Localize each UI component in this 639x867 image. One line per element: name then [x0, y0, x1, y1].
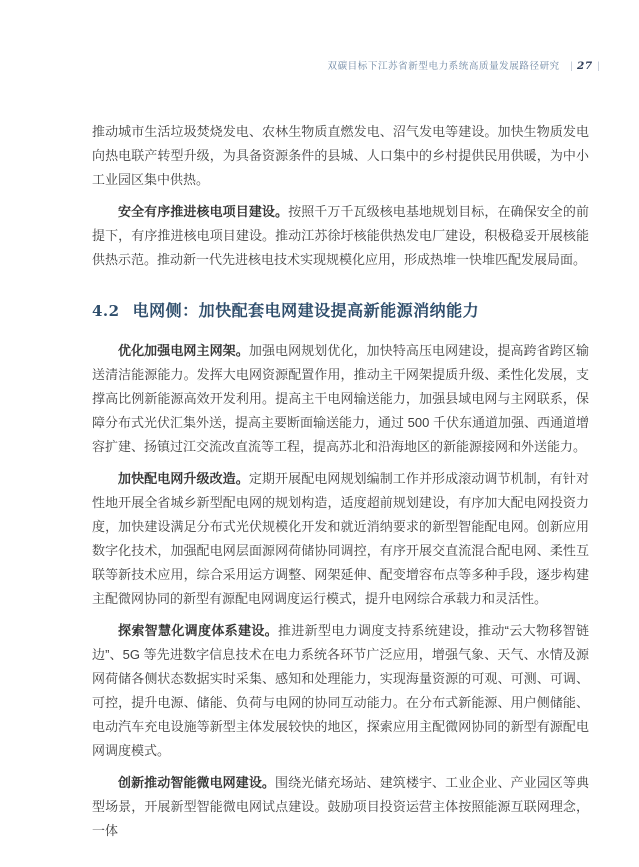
- section-title: 电网侧：加快配套电网建设提高新能源消纳能力: [133, 299, 480, 325]
- page-number: | 27 |: [570, 60, 600, 72]
- section-number: 4.2: [92, 298, 120, 324]
- running-header-title: 双碳目标下江苏省新型电力系统高质量发展路径研究: [327, 58, 559, 72]
- paragraph-micro-grid: 创新推动智能微电网建设。围绕光储充场站、建筑楼宇、工业企业、产业园区等典型场景，…: [92, 771, 589, 843]
- running-header: 双碳目标下江苏省新型电力系统高质量发展路径研究 | 27 |: [327, 58, 600, 72]
- paragraph-lead: 安全有序推进核电项目建设。: [118, 204, 288, 219]
- paragraph-text: 定期开展配电网规划编制工作并形成滚动调节机制，有针对性地开展全省城乡新型配电网的…: [92, 471, 589, 606]
- document-page: 双碳目标下江苏省新型电力系统高质量发展路径研究 | 27 | 推动城市生活垃圾焚…: [0, 0, 639, 867]
- paragraph-text: 推动城市生活垃圾焚烧发电、农林生物质直燃发电、沼气发电等建设。加快生物质发电向热…: [92, 124, 589, 187]
- paragraph-lead: 探索智慧化调度体系建设。: [118, 623, 278, 638]
- paragraph-lead: 加快配电网升级改造。: [118, 471, 249, 486]
- paragraph-lead: 优化加强电网主网架。: [118, 343, 249, 358]
- page-number-left-bar: |: [570, 61, 572, 72]
- paragraph-nuclear-projects: 安全有序推进核电项目建设。按照千万千瓦级核电基地规划目标，在确保安全的前提下，有…: [92, 200, 589, 272]
- paragraph-distribution-grid: 加快配电网升级改造。定期开展配电网规划编制工作并形成滚动调节机制，有针对性地开展…: [92, 467, 589, 611]
- page-number-value: 27: [577, 60, 593, 72]
- paragraph-lead: 创新推动智能微电网建设。: [118, 775, 275, 790]
- page-number-right-bar: |: [597, 61, 599, 72]
- page-body: 推动城市生活垃圾焚烧发电、农林生物质直燃发电、沼气发电等建设。加快生物质发电向热…: [92, 120, 589, 851]
- section-heading: 4.2 电网侧：加快配套电网建设提高新能源消纳能力: [92, 298, 589, 325]
- paragraph-main-grid: 优化加强电网主网架。加强电网规划优化，加快特高压电网建设，提高跨省跨区输送清洁能…: [92, 339, 589, 459]
- paragraph-text: 推进新型电力调度支持系统建设，推动“云大物移智链边”、5G 等先进数字信息技术在…: [92, 623, 589, 758]
- paragraph-text: 加强电网规划优化，加快特高压电网建设，提高跨省跨区输送清洁能源能力。发挥大电网资…: [92, 343, 589, 454]
- paragraph-smart-dispatch: 探索智慧化调度体系建设。推进新型电力调度支持系统建设，推动“云大物移智链边”、5…: [92, 619, 589, 763]
- paragraph-biomass-continuation: 推动城市生活垃圾焚烧发电、农林生物质直燃发电、沼气发电等建设。加快生物质发电向热…: [92, 120, 589, 192]
